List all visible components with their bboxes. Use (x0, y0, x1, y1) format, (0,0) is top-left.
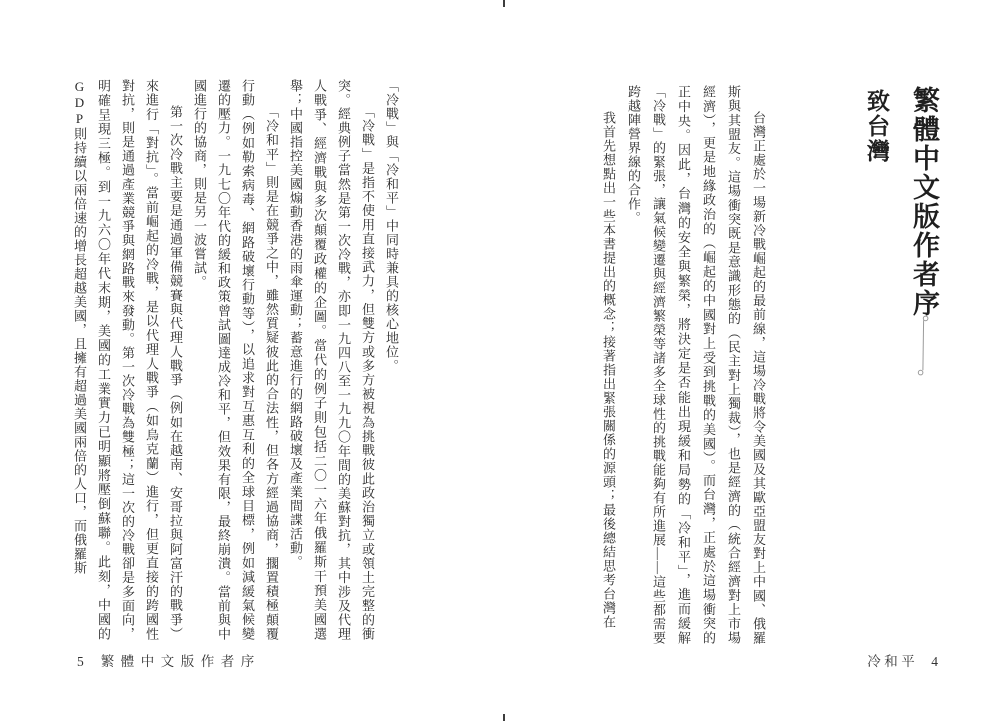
running-title: 繁體中文版作者序 (101, 650, 261, 670)
left-page-body-text: 「冷戰」與「冷和平」中同時兼具的核心地位。 「冷戰」是指不使用直接武力，但雙方或… (67, 79, 403, 641)
right-page-body-text: 台灣正處於一場新冷戰崛起的最前線，這場冷戰將令美國及其歐亞盟友對上中國、俄羅斯與… (596, 85, 771, 645)
left-page-footer: 5 繁體中文版作者序 (77, 650, 261, 670)
dedication-subtitle: 致台灣 (861, 89, 891, 164)
paragraph: 台灣正處於一場新冷戰崛起的最前線，這場冷戰將令美國及其歐亞盟友對上中國、俄羅斯與… (621, 85, 771, 645)
flourish-divider-icon (917, 314, 929, 378)
paragraph-continuation: 「冷戰」與「冷和平」中同時兼具的核心地位。 (379, 79, 403, 641)
book-spread: 「冷戰」與「冷和平」中同時兼具的核心地位。 「冷戰」是指不使用直接武力，但雙方或… (0, 0, 1008, 721)
book-title: 冷和平 (867, 650, 918, 670)
right-page-footer: 冷和平 4 (867, 650, 938, 670)
paragraph: 第一次冷戰主要是通過軍備競賽與代理人戰爭（例如在越南、安哥拉與阿富汗的戰爭）來進… (67, 79, 187, 641)
paragraph: 「冷戰」是指不使用直接武力，但雙方或多方被視為挑戰彼此政治獨立或領土完整的衝突。… (283, 79, 379, 641)
paragraph: 我首先想點出一些本書提出的概念；接著指出緊張關係的源頭；最後總結思考台灣在 (596, 85, 621, 645)
page-number: 5 (77, 654, 84, 670)
left-page: 「冷戰」與「冷和平」中同時兼具的核心地位。 「冷戰」是指不使用直接武力，但雙方或… (0, 0, 504, 721)
page-number: 4 (931, 654, 938, 670)
right-page: 繁體中文版作者序 致台灣 台灣正處於一場新冷戰崛起的最前線，這場冷戰將令美國及其… (504, 0, 1008, 721)
paragraph: 「冷和平」則是在競爭之中，雖然質疑彼此的合法性，但各方經過協商，擱置積極顛覆行動… (187, 79, 283, 641)
chapter-title: 繁體中文版作者序 (907, 86, 941, 318)
